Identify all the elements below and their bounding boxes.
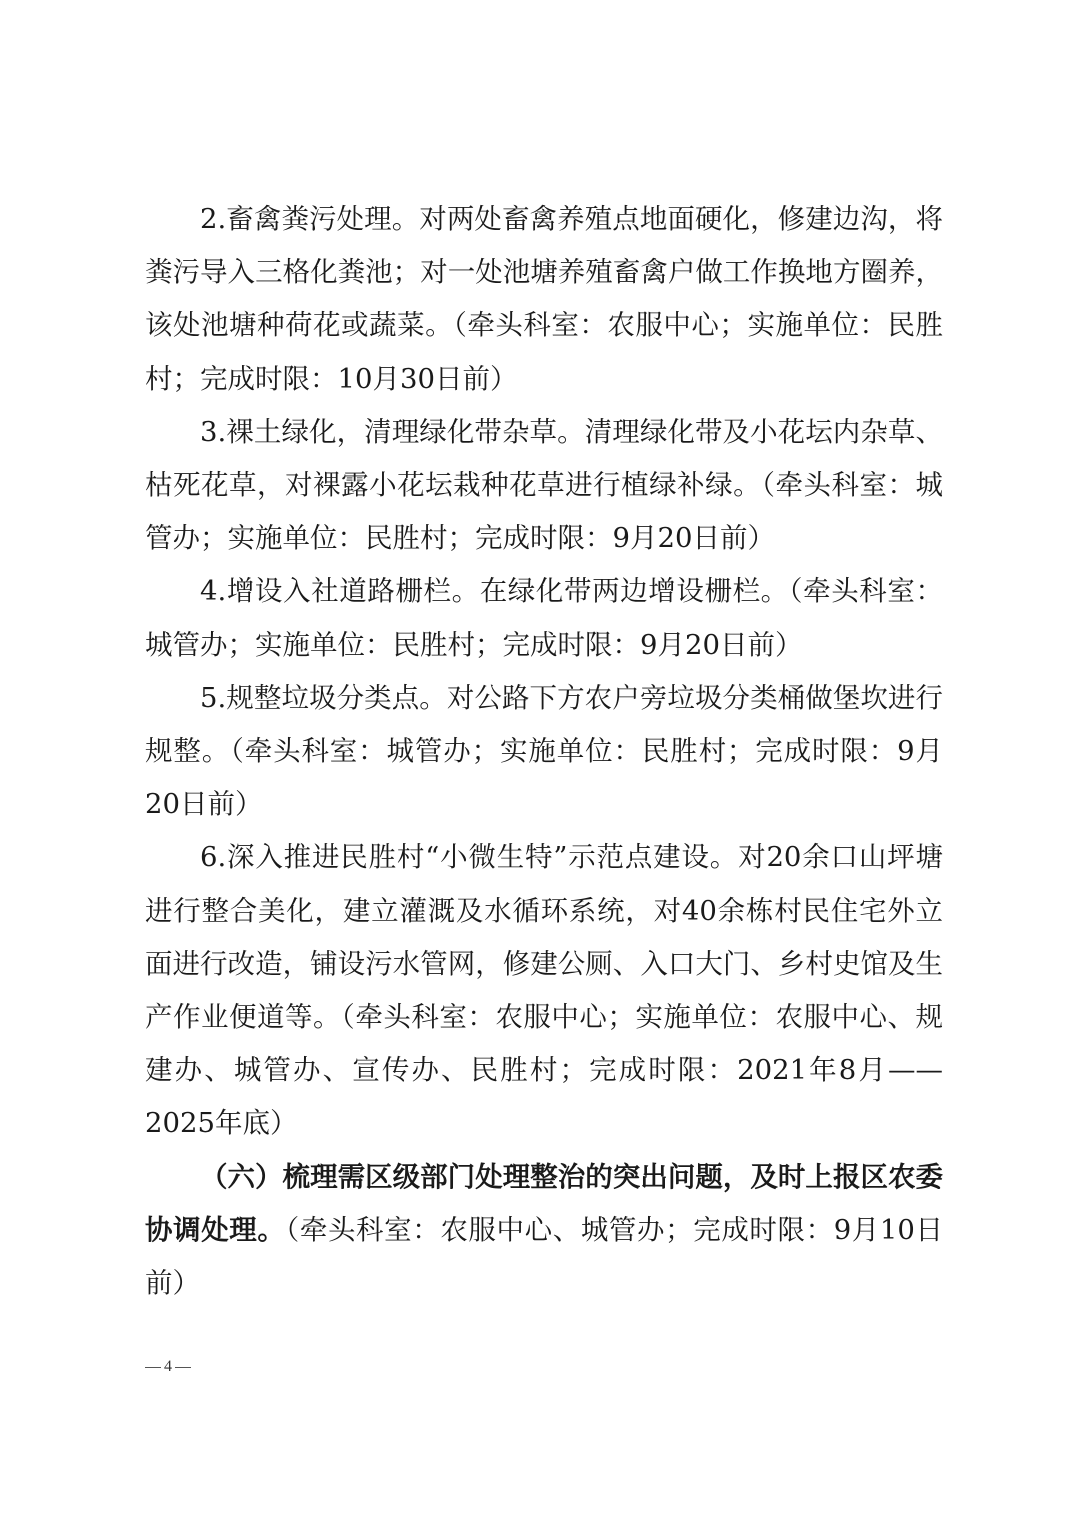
- paragraph-lead: 3.裸土绿化，清理绿化带杂草。: [200, 416, 585, 448]
- paragraph-item-5: 5.规整垃圾分类点。对公路下方农户旁垃圾分类桶做堡坎进行规整。（牵头科室：城管办…: [145, 672, 943, 832]
- paragraph-item-6: 6.深入推进民胜村“小微生特”示范点建设。对20余口山坪塘进行整合美化，建立灌溉…: [145, 831, 943, 1150]
- paragraph-lead: 4.增设入社道路栅栏。: [200, 575, 480, 607]
- paragraph-lead: 5.规整垃圾分类点。: [200, 682, 447, 714]
- paragraph-section-6: （六）梳理需区级部门处理整治的突出问题，及时上报区农委协调处理。（牵头科室：农服…: [145, 1151, 943, 1311]
- page-number: 4: [161, 1358, 175, 1375]
- paragraph-item-3: 3.裸土绿化，清理绿化带杂草。清理绿化带及小花坛内杂草、枯死花草，对裸露小花坛栽…: [145, 406, 943, 566]
- paragraph-item-2: 2.畜禽粪污处理。对两处畜禽养殖点地面硬化，修建边沟，将粪污导入三格化粪池；对一…: [145, 193, 943, 406]
- page-footer: 4: [145, 1358, 191, 1376]
- paragraph-lead: 6.深入推进民胜村“小微生特”示范点建设。: [200, 841, 738, 873]
- paragraph-item-4: 4.增设入社道路栅栏。在绿化带两边增设栅栏。（牵头科室：城管办；实施单位：民胜村…: [145, 565, 943, 671]
- footer-dash-left: [145, 1367, 161, 1368]
- footer-dash-right: [175, 1367, 191, 1368]
- paragraph-lead: 2.畜禽粪污处理。: [200, 203, 419, 235]
- document-page: 2.畜禽粪污处理。对两处畜禽养殖点地面硬化，修建边沟，将粪污导入三格化粪池；对一…: [145, 193, 943, 1310]
- paragraph-body: 对20余口山坪塘进行整合美化，建立灌溉及水循环系统，对40余栋村民住宅外立面进行…: [145, 841, 943, 1139]
